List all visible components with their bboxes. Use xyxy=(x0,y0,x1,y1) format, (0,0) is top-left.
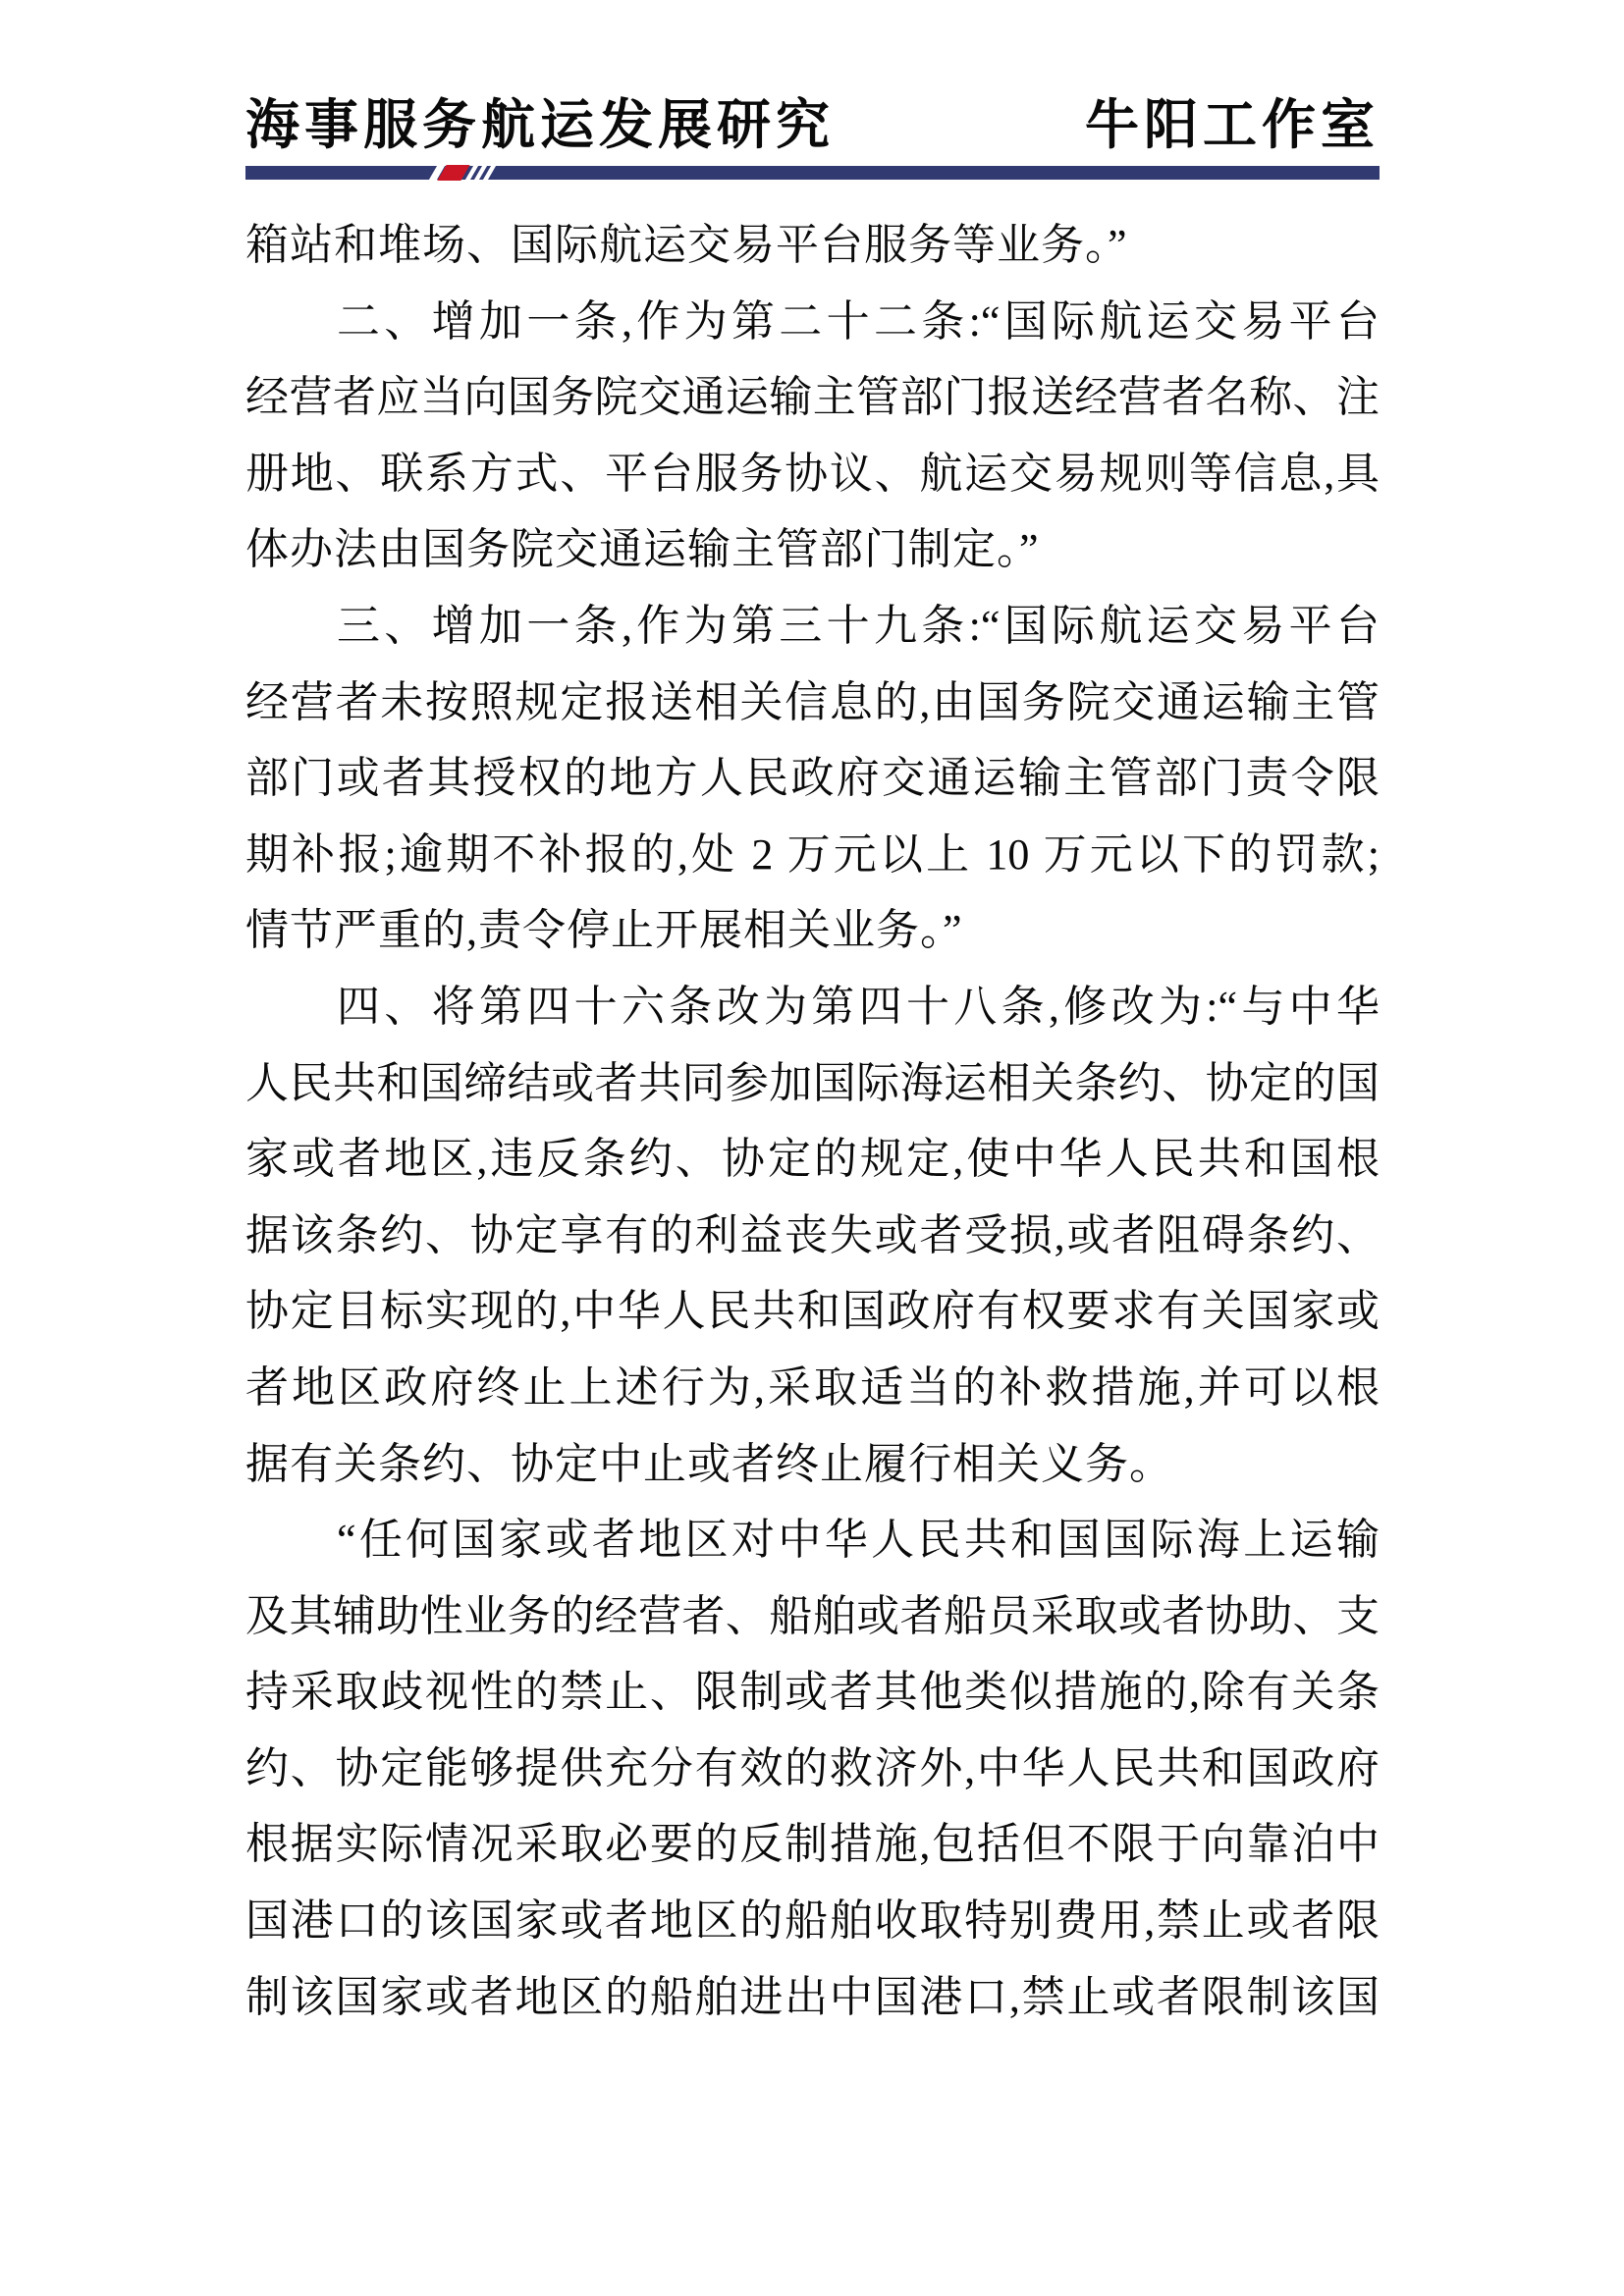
header-titles: 海事服务航运发展研究 牛阳工作室 xyxy=(245,96,1380,153)
text-line: “任何国家或者地区对中华人民共和国国际海上运输 xyxy=(245,1502,1380,1578)
text-line: 册地、联系方式、平台服务协议、航运交易规则等信息,具 xyxy=(245,436,1380,512)
text-line: 二、增加一条,作为第二十二条:“国际航运交易平台 xyxy=(245,284,1380,360)
document-body: 箱站和堆场、国际航运交易平台服务等业务。”二、增加一条,作为第二十二条:“国际航… xyxy=(245,207,1380,2035)
text-line: 情节严重的,责令停止开展相关业务。” xyxy=(245,892,1380,969)
text-line: 人民共和国缔结或者共同参加国际海运相关条约、协定的国 xyxy=(245,1045,1380,1122)
text-line: 约、协定能够提供充分有效的救济外,中华人民共和国政府 xyxy=(245,1731,1380,1807)
text-line: 经营者应当向国务院交通运输主管部门报送经营者名称、注 xyxy=(245,359,1380,436)
text-line: 协定目标实现的,中华人民共和国政府有权要求有关国家或 xyxy=(245,1273,1380,1350)
text-line: 箱站和堆场、国际航运交易平台服务等业务。” xyxy=(245,207,1380,284)
text-line: 部门或者其授权的地方人民政府交通运输主管部门责令限 xyxy=(245,740,1380,817)
text-line: 期补报;逾期不补报的,处 2 万元以上 10 万元以下的罚款; xyxy=(245,817,1380,893)
text-line: 根据实际情况采取必要的反制措施,包括但不限于向靠泊中 xyxy=(245,1806,1380,1883)
text-line: 体办法由国务院交通运输主管部门制定。” xyxy=(245,511,1380,588)
document-page: 海事服务航运发展研究 牛阳工作室 箱站和堆场、国际航运交易平台服务等业务。”二、… xyxy=(0,0,1624,2296)
text-line: 据该条约、协定享有的利益丧失或者受损,或者阻碍条约、 xyxy=(245,1198,1380,1274)
text-line: 者地区政府终止上述行为,采取适当的补救措施,并可以根 xyxy=(245,1350,1380,1426)
text-line: 经营者未按照规定报送相关信息的,由国务院交通运输主管 xyxy=(245,665,1380,741)
text-line: 持采取歧视性的禁止、限制或者其他类似措施的,除有关条 xyxy=(245,1654,1380,1731)
text-line: 制该国家或者地区的船舶进出中国港口,禁止或者限制该国 xyxy=(245,1959,1380,2036)
text-line: 及其辅助性业务的经营者、船舶或者船员采取或者协助、支 xyxy=(245,1578,1380,1655)
text-line: 家或者地区,违反条约、协定的规定,使中华人民共和国根 xyxy=(245,1121,1380,1198)
header-left-title: 海事服务航运发展研究 xyxy=(245,96,835,153)
header-rule xyxy=(245,166,1380,180)
text-line: 据有关条约、协定中止或者终止履行相关义务。 xyxy=(245,1426,1380,1503)
text-line: 四、将第四十六条改为第四十八条,修改为:“与中华 xyxy=(245,969,1380,1045)
text-line: 国港口的该国家或者地区的船舶收取特别费用,禁止或者限 xyxy=(245,1883,1380,1959)
header-right-title: 牛阳工作室 xyxy=(1085,96,1380,153)
text-line: 三、增加一条,作为第三十九条:“国际航运交易平台 xyxy=(245,588,1380,665)
